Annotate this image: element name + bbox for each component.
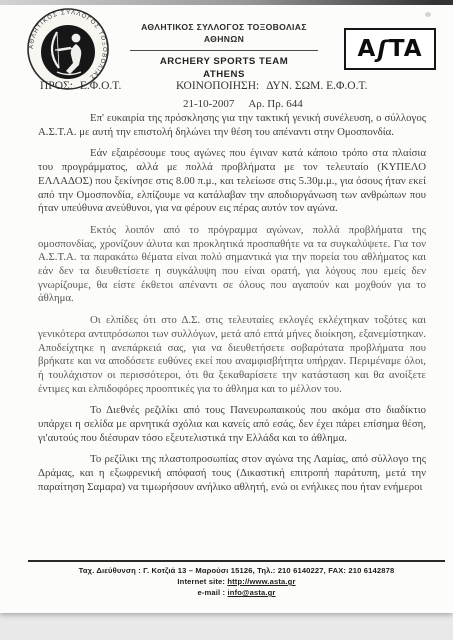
protocol-number: Αρ. Πρ. 644: [248, 98, 302, 110]
asta-logo-letter-a: A: [357, 36, 376, 62]
paragraph-2: Εάν εξαιρέσουμε τους αγώνες που έγιναν κ…: [38, 147, 426, 216]
cc-value: ΔΥΝ. ΣΩΜ. Ε.Φ.Ο.Τ.: [266, 80, 367, 92]
footer-email-line: e-mail : info@asta.gr: [28, 588, 445, 597]
letter-date: 21-10-2007: [183, 98, 234, 110]
scanned-letter-page: ΑΘΛΗΤΙΚΟΣ ΣΥΛΛΟΓΟΣ ΤΟΞΟΒΟΛΙΑΣ ΑΘΛΗΤΙΚΟΣ …: [0, 0, 453, 640]
org-name-greek-line1: ΑΘΛΗΤΙΚΟΣ ΣΥΛΛΟΓΟΣ ΤΟΞΟΒΟΛΙΑΣ: [118, 22, 330, 34]
asta-logo-stylized-s: ʃ: [377, 37, 388, 63]
paragraph-3: Εκτός λοιπόν από το πρόγραμμα αγώνων, πο…: [38, 224, 426, 306]
paragraph-1: Επ' ευκαιρία της πρόσκλησης για την τακτ…: [38, 112, 426, 139]
org-name-greek-line2: ΑΘΗΝΩΝ: [118, 34, 330, 46]
asta-logo-letters-ta: TA: [389, 36, 423, 62]
archer-emblem-icon: ΑΘΛΗΤΙΚΟΣ ΣΥΛΛΟΓΟΣ ΤΟΞΟΒΟΛΙΑΣ: [26, 7, 110, 91]
cc-label: ΚΟΙΝΟΠΟΙΗΣΗ:: [176, 80, 259, 92]
to-label: ΠΡΟΣ:: [40, 80, 73, 92]
scan-artifact: [425, 12, 431, 17]
letterhead-org-names: ΑΘΛΗΤΙΚΟΣ ΣΥΛΛΟΓΟΣ ΤΟΞΟΒΟΛΙΑΣ ΑΘΗΝΩΝ ARC…: [118, 22, 330, 81]
footer-divider: [28, 560, 445, 562]
email-address: info@asta.gr: [228, 588, 276, 597]
letterhead-divider: [130, 50, 318, 51]
recipient-cc: ΚΟΙΝΟΠΟΙΗΣΗ:ΔΥΝ. ΣΩΜ. Ε.Φ.Ο.Τ.: [176, 80, 368, 92]
email-label: e-mail :: [197, 588, 225, 597]
website-url: http://www.asta.gr: [227, 577, 295, 586]
paragraph-4: Οι ελπίδες ότι στο Δ.Σ. στις τελευταίες …: [38, 314, 426, 396]
recipients-row: ΠΡΟΣ:Ε.Φ.Ο.Τ. ΚΟΙΝΟΠΟΙΗΣΗ:ΔΥΝ. ΣΩΜ. Ε.Φ.…: [40, 80, 437, 95]
letter-paper: ΑΘΛΗΤΙΚΟΣ ΣΥΛΛΟΓΟΣ ΤΟΞΟΒΟΛΙΑΣ ΑΘΛΗΤΙΚΟΣ …: [0, 0, 453, 613]
club-emblem: ΑΘΛΗΤΙΚΟΣ ΣΥΛΛΟΓΟΣ ΤΟΞΟΒΟΛΙΑΣ: [26, 7, 110, 91]
recipient-to: ΠΡΟΣ:Ε.Φ.Ο.Τ.: [40, 80, 121, 92]
website-label: Internet site:: [177, 577, 225, 586]
reference-line: 21-10-2007Αρ. Πρ. 644: [183, 98, 303, 110]
footer-website-line: Internet site: http://www.asta.gr: [28, 577, 445, 586]
scan-top-shadow: [0, 0, 453, 5]
letter-footer: Ταχ. Διεύθυνση : Γ. Κοτζιά 13 – Μαρούσι …: [28, 560, 445, 597]
paragraph-5: Το Διεθνές ρεζιλίκι από τους Πανευρωπαικ…: [38, 404, 426, 445]
to-value: Ε.Φ.Ο.Τ.: [80, 80, 121, 92]
letter-body: Επ' ευκαιρία της πρόσκλησης για την τακτ…: [38, 112, 426, 533]
asta-logo: A ʃ TA: [344, 28, 436, 70]
org-name-english-line1: ARCHERY SPORTS TEAM: [118, 56, 330, 68]
paragraph-6: Το ρεζίλικι της πλαστοπροσωπίας στον αγώ…: [38, 453, 426, 494]
footer-address: Ταχ. Διεύθυνση : Γ. Κοτζιά 13 – Μαρούσι …: [28, 566, 445, 575]
